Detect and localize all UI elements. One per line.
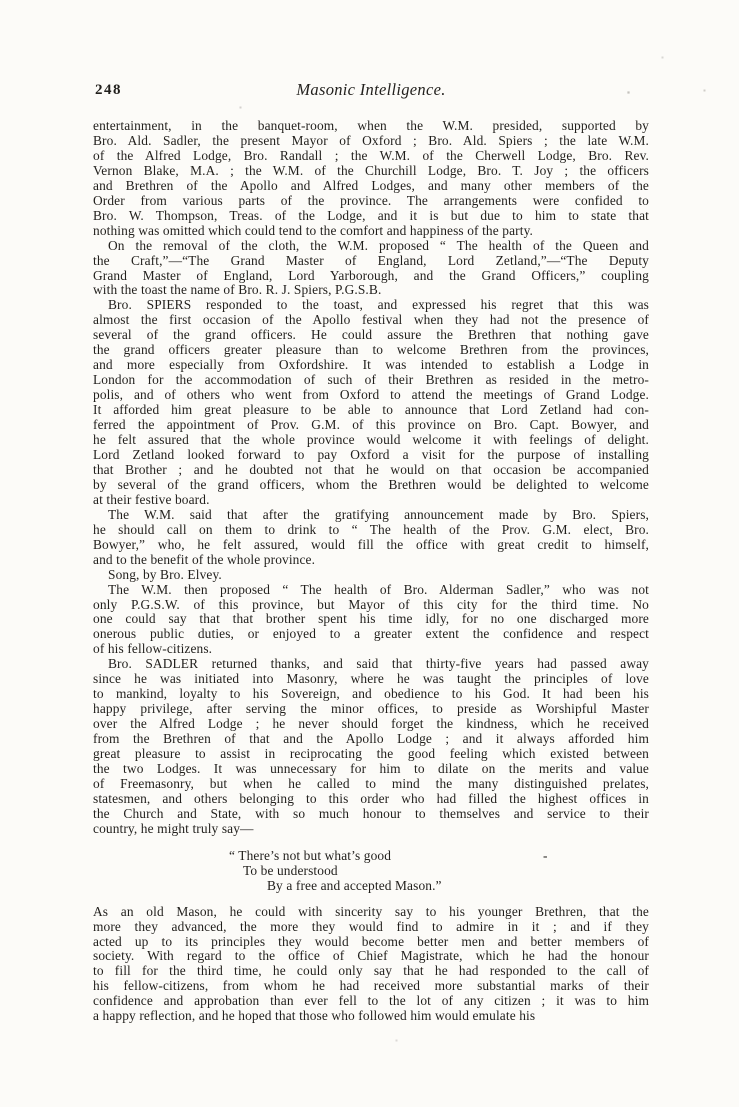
text-line: at their festive board. [93,493,649,508]
text-line: On the removal of the cloth, the W.M. pr… [93,239,649,254]
text-line: more they advanced, the more they would … [93,920,649,935]
paragraph: As an old Mason, he could with sincerity… [93,905,649,1025]
text-line: his fellow-citizens, from whom he had re… [93,979,649,994]
text-line: over the Alfred Lodge ; he never should … [93,717,649,732]
scanned-page: { "page": { "number": "248", "running_ti… [0,0,739,1107]
text-line: Bro. SPIERS responded to the toast, and … [93,298,649,313]
text-line: It afforded him great pleasure to be abl… [93,403,649,418]
text-line: of Freemasonry, but when he called to mi… [93,777,649,792]
text-line: of the Alfred Lodge, Bro. Randall ; the … [93,149,649,164]
text-line: Bro. SADLER returned thanks, and said th… [93,657,649,672]
text-line: confidence and approbation than ever fel… [93,994,649,1009]
page-header: 248 Masonic Intelligence. [93,80,649,102]
verse: “ There’s not but what’s goodTo be under… [93,849,649,894]
text-line: one could say that that brother spent hi… [93,612,649,627]
text-line: a happy reflection, and he hoped that th… [93,1009,649,1024]
text-line: polis, and of others who went from Oxfor… [93,388,649,403]
paragraph: On the removal of the cloth, the W.M. pr… [93,239,649,299]
verse-line: “ There’s not but what’s good [229,849,649,864]
text-line: London for the accommodation of such of … [93,373,649,388]
text-line: Vernon Blake, M.A. ; the W.M. of the Chu… [93,164,649,179]
text-line: he felt assured that the whole province … [93,433,649,448]
verse-line: By a free and accepted Mason.” [267,879,649,894]
stray-dash-mark: - [543,849,548,864]
text-line: entertainment, in the banquet-room, when… [93,119,649,134]
text-line: almost the first occasion of the Apollo … [93,313,649,328]
text-block: entertainment, in the banquet-room, when… [93,119,649,1024]
running-title: Masonic Intelligence. [93,80,649,100]
text-line: Grand Master of England, Lord Yarborough… [93,269,649,284]
text-line: Bro. Ald. Sadler, the present Mayor of O… [93,134,649,149]
text-line: and Brethren of the Apollo and Alfred Lo… [93,179,649,194]
text-line: from the Brethren of that and the Apollo… [93,732,649,747]
paragraph: Bro. SPIERS responded to the toast, and … [93,298,649,507]
scan-noise [0,0,1,1]
text-line: he should call on them to drink to “ The… [93,523,649,538]
text-line: with the toast the name of Bro. R. J. Sp… [93,283,649,298]
text-line: happy privilege, after serving the minor… [93,702,649,717]
text-line: several of the grand officers. He could … [93,328,649,343]
text-line: the grand officers greater pleasure than… [93,343,649,358]
paragraph: entertainment, in the banquet-room, when… [93,119,649,239]
paragraph: The W.M. then proposed “ The health of B… [93,583,649,658]
paragraph: The W.M. said that after the gratifying … [93,508,649,568]
text-line: As an old Mason, he could with sincerity… [93,905,649,920]
text-line: and to the benefit of the whole province… [93,553,649,568]
text-line: great pleasure to assist in reciprocatin… [93,747,649,762]
text-line: to mankind, loyalty to his Sovereign, an… [93,687,649,702]
text-line: since he was initiated into Masonry, whe… [93,672,649,687]
text-line: The W.M. then proposed “ The health of B… [93,583,649,598]
text-line: only P.G.S.W. of this province, but Mayo… [93,598,649,613]
text-line: that Brother ; and he doubted not that h… [93,463,649,478]
text-line: Bowyer,” who, he felt assured, would fil… [93,538,649,553]
text-line: the two Lodges. It was unnecessary for h… [93,762,649,777]
text-line: nothing was omitted which could tend to … [93,224,649,239]
text-line: and more especially from Oxfordshire. It… [93,358,649,373]
text-line: the Church and State, with so much honou… [93,807,649,822]
text-line: Song, by Bro. Elvey. [93,568,649,583]
text-line: acted up to its principles they would be… [93,935,649,950]
text-line: statesmen, and others belonging to this … [93,792,649,807]
text-line: of his fellow-citizens. [93,642,649,657]
text-line: Bro. W. Thompson, Treas. of the Lodge, a… [93,209,649,224]
text-line: Order from various parts of the province… [93,194,649,209]
text-line: Lord Zetland looked forward to pay Oxfor… [93,448,649,463]
text-line: society. With regard to the office of Ch… [93,949,649,964]
text-line: by several of the grand officers, whom t… [93,478,649,493]
paragraph: Song, by Bro. Elvey. [93,568,649,583]
paragraph: Bro. SADLER returned thanks, and said th… [93,657,649,836]
text-line: The W.M. said that after the gratifying … [93,508,649,523]
text-line: the Craft,”—“The Grand Master of England… [93,254,649,269]
verse-line: To be understood [243,864,649,879]
text-line: to fill for the third time, he could onl… [93,964,649,979]
text-line: country, he might truly say— [93,822,649,837]
text-line: ferred the appointment of Prov. G.M. of … [93,418,649,433]
text-line: onerous public duties, or enjoyed to a g… [93,627,649,642]
